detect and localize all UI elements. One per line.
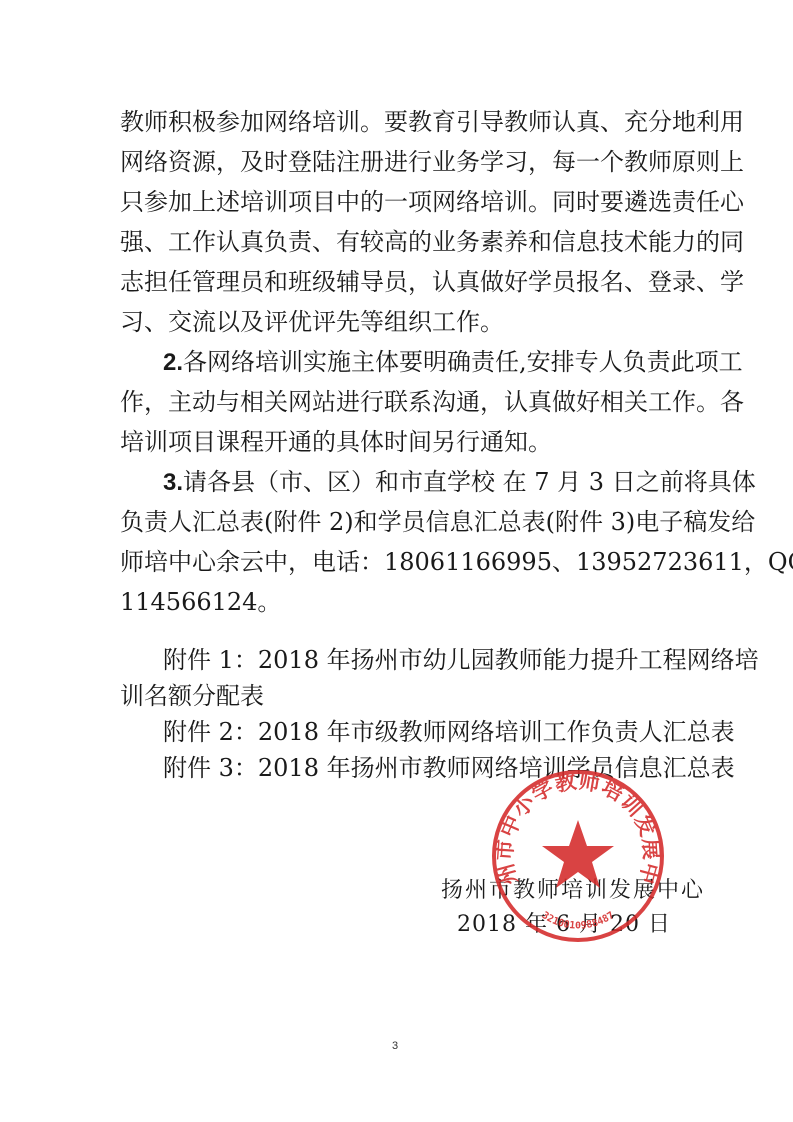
svg-text:3210010988487: 3210010988487 [540,910,617,932]
item-2-line-1: 2.各网络培训实施主体要明确责任,安排专人负责此项工 [163,348,680,377]
paragraph-1-line-5: 志担任管理员和班级辅导员，认真做好学员报名、登录、学 [120,268,680,296]
attachment-1-line-1: 附件 1：2018 年扬州市幼儿园教师能力提升工程网络培 [163,646,680,674]
paragraph-1-line-3: 只参加上述培训项目中的一项网络培训。同时要遴选责任心 [120,188,680,216]
star-icon [542,820,614,888]
item-2-line-2: 作，主动与相关网站进行联系沟通，认真做好相关工作。各 [120,388,680,416]
item-2-line-3: 培训项目课程开通的具体时间另行通知。 [120,428,680,456]
paragraph-1-line-6: 习、交流以及评优评先等组织工作。 [120,308,680,336]
stamp-code: 3210010988487 [540,910,617,932]
item-3-line-2: 负责人汇总表(附件 2)和学员信息汇总表(附件 3)电子稿发给 [120,508,680,536]
official-seal-icon: 扬州市中小学教师培训发展中心 3210010988487 [490,768,666,944]
item-3-line-1: 3.请各县（市、区）和市直学校 在 7 月 3 日之前将具体 [163,468,680,497]
document-page: 教师积极参加网络培训。要教育引导教师认真、充分地利用 网络资源，及时登陆注册进行… [0,0,793,1122]
item-3-line-4: 114566124。 [120,588,680,616]
paragraph-1-line-2: 网络资源，及时登陆注册进行业务学习，每一个教师原则上 [120,148,680,176]
paragraph-1-line-1: 教师积极参加网络培训。要教育引导教师认真、充分地利用 [120,108,680,136]
attachment-2: 附件 2：2018 年市级教师网络培训工作负责人汇总表 [163,718,680,746]
attachment-1-line-2: 训名额分配表 [120,682,680,710]
item-2-number: 2. [163,349,183,376]
item-2-text: 各网络培训实施主体要明确责任,安排专人负责此项工 [183,348,743,376]
item-3-number: 3. [163,469,183,496]
paragraph-1-line-4: 强、工作认真负责、有较高的业务素养和信息技术能力的同 [120,228,680,256]
item-3-line-3: 师培中心余云中，电话：18061166995、13952723611，QQ: [120,548,680,576]
item-3-text: 请各县（市、区）和市直学校 在 7 月 3 日之前将具体 [183,468,756,496]
page-number: 3 [392,1040,398,1052]
